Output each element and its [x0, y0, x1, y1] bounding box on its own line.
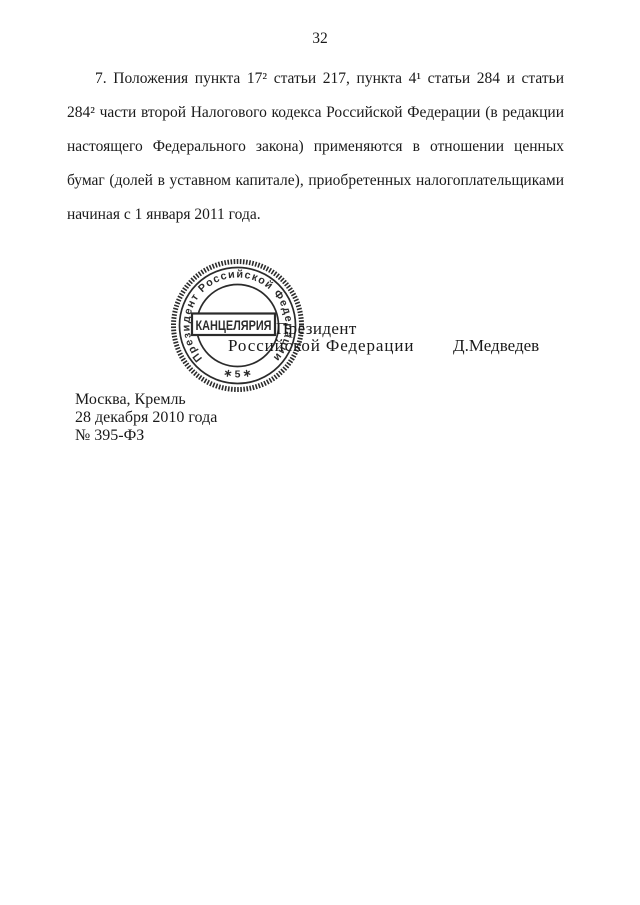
chancellery-stamp-icon: Президент Российской Федерации ∗ 5 ∗ КАН…: [166, 254, 309, 397]
paragraph-line: бумаг (долей в уставном капитале), приоб…: [67, 164, 564, 198]
signature-name: Д.Медведев: [453, 337, 539, 354]
footer-doc-number: № 395-ФЗ: [75, 427, 217, 445]
law-paragraph: 7. Положения пункта 17² статьи 217, пунк…: [67, 62, 564, 232]
footer-block: Москва, Кремль 28 декабря 2010 года № 39…: [75, 391, 217, 445]
paragraph-line: настоящего Федерального закона) применяю…: [67, 130, 564, 164]
paragraph-line: 7. Положения пункта 17² статьи 217, пунк…: [67, 62, 564, 96]
paragraph-line: 284² части второй Налогового кодекса Рос…: [67, 96, 564, 130]
stamp-center-text: КАНЦЕЛЯРИЯ: [196, 318, 272, 333]
document-page: 32 7. Положения пункта 17² статьи 217, п…: [0, 0, 640, 905]
stamp-number-text: ∗ 5 ∗: [222, 367, 252, 381]
page-number: 32: [0, 31, 640, 47]
footer-date: 28 декабря 2010 года: [75, 409, 217, 427]
paragraph-line: начиная с 1 января 2011 года.: [67, 198, 564, 232]
